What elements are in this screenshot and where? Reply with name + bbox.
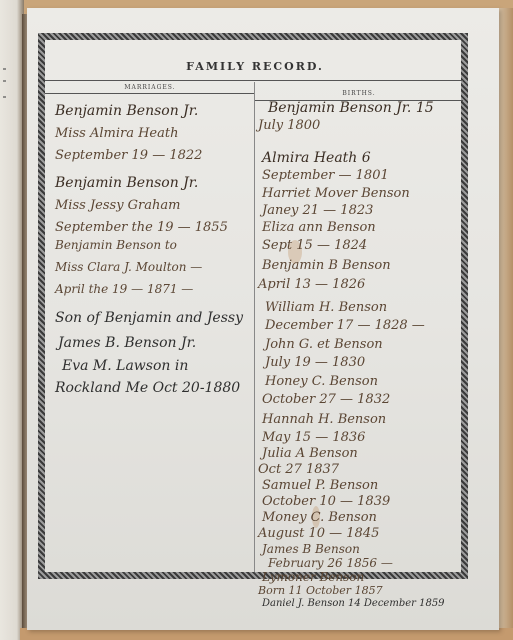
- column-divider: [254, 82, 255, 572]
- marriages-header-rule: [45, 93, 255, 94]
- birth-line: Janey 21 — 1823: [262, 203, 373, 218]
- birth-line: Born 11 October 1857: [258, 584, 383, 597]
- birth-line: July 19 — 1830: [265, 355, 365, 370]
- birth-line: Samuel P. Benson: [262, 478, 378, 493]
- marriage-line: September 19 — 1822: [55, 148, 202, 163]
- marriage-line: Rockland Me Oct 20-1880: [55, 380, 240, 396]
- birth-line: Honey C. Benson: [265, 374, 378, 389]
- marriage-line: Benjamin Benson Jr.: [55, 103, 198, 119]
- birth-line: April 13 — 1826: [258, 277, 365, 292]
- birth-line: Oct 27 1837: [258, 462, 339, 477]
- marriage-line: James B. Benson Jr.: [58, 335, 196, 351]
- birth-line: Daniel J. Benson 14 December 1859: [262, 598, 445, 609]
- birth-line: October 10 — 1839: [262, 494, 390, 509]
- marriage-line: Miss Almira Heath: [55, 126, 178, 141]
- marriage-line: Benjamin Benson to: [55, 238, 177, 252]
- birth-line: Benjamin B Benson: [262, 258, 391, 273]
- birth-line: May 15 — 1836: [262, 430, 365, 445]
- title-rule: [45, 80, 463, 81]
- birth-line: William H. Benson: [265, 300, 387, 315]
- birth-line: February 26 1856 —: [268, 556, 393, 570]
- birth-line: Julia A Benson: [262, 446, 358, 461]
- birth-line: December 17 — 1828 —: [265, 318, 425, 333]
- marriage-line: Benjamin Benson Jr.: [55, 175, 198, 191]
- page-stack-edge: [497, 8, 513, 640]
- birth-line: James B Benson: [262, 542, 360, 556]
- birth-line: Almira Heath 6: [262, 150, 371, 166]
- birth-line: October 27 — 1832: [262, 392, 390, 407]
- birth-line: Sept 15 — 1824: [262, 238, 367, 253]
- marriage-line: Miss Clara J. Moulton —: [55, 260, 202, 274]
- marriages-column-header: MARRIAGES.: [45, 84, 255, 91]
- marriage-line: Miss Jessy Graham: [55, 198, 180, 213]
- birth-line: September — 1801: [262, 168, 389, 183]
- birth-line: Lymoner Benson: [262, 570, 364, 584]
- births-column-header: BIRTHS.: [255, 90, 463, 97]
- birth-line: July 1800: [258, 118, 320, 133]
- page-title: FAMILY RECORD.: [40, 60, 470, 73]
- birth-line: Eliza ann Benson: [262, 220, 376, 235]
- marriage-line: September the 19 — 1855: [55, 220, 228, 235]
- facing-page-edge: [0, 0, 24, 640]
- birth-line: John G. et Benson: [265, 337, 383, 352]
- birth-line: Harriet Mover Benson: [262, 186, 410, 201]
- marriage-line: Eva M. Lawson in: [62, 358, 188, 374]
- birth-line: Money C. Benson: [262, 510, 377, 525]
- marriage-line: Son of Benjamin and Jessy: [55, 310, 243, 326]
- birth-line: August 10 — 1845: [258, 526, 379, 541]
- birth-line: Benjamin Benson Jr. 15: [268, 100, 434, 116]
- birth-line: Hannah H. Benson: [262, 412, 386, 427]
- marriage-line: April the 19 — 1871 —: [55, 282, 193, 296]
